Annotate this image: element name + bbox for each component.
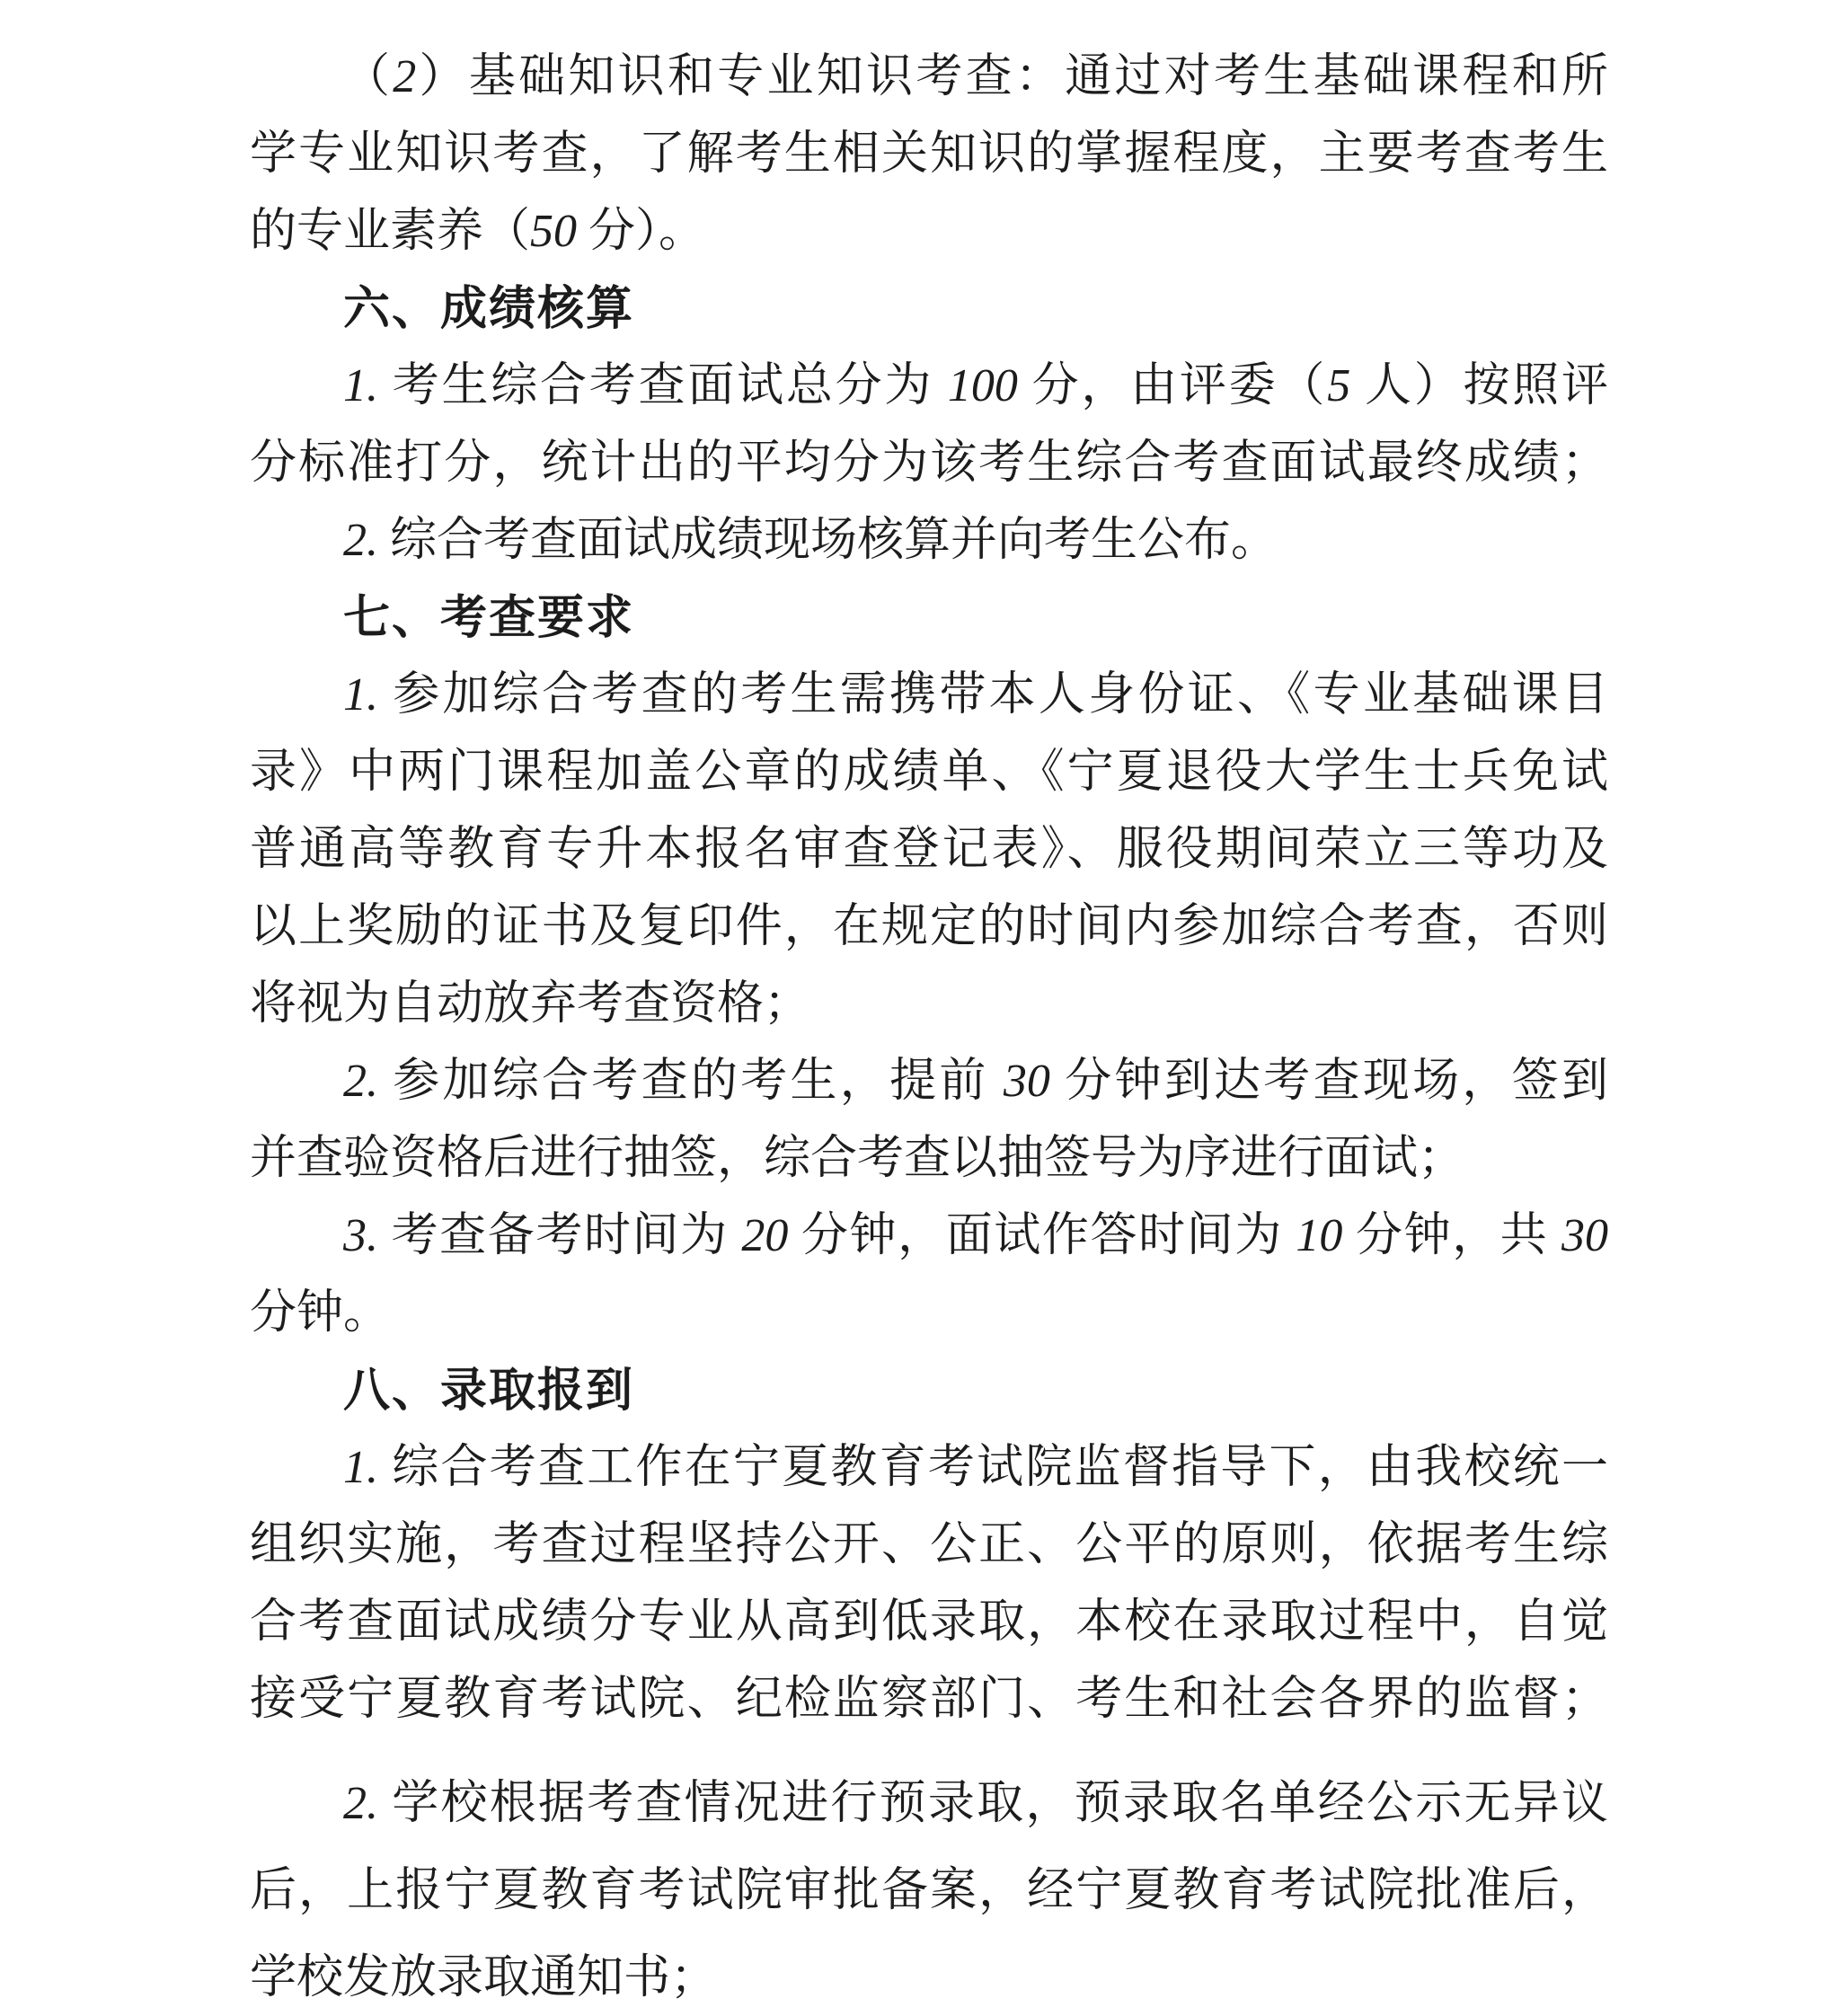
section-heading: 八、录取报到	[250, 1352, 1608, 1429]
document-line: （2）基础知识和专业知识考查：通过对考生基础课程和所	[250, 39, 1608, 116]
document-line: 分钟。	[250, 1275, 1608, 1352]
document-line: 学专业知识考查，了解考生相关知识的掌握程度，主要考查考生	[250, 116, 1608, 193]
document-line: 普通高等教育专升本报名审查登记表》、服役期间荣立三等功及	[250, 811, 1608, 889]
document-line: 将视为自动放弃考查资格；	[250, 966, 1608, 1043]
document-line: 组织实施，考查过程坚持公开、公正、公平的原则，依据考生综	[250, 1507, 1608, 1584]
document-line: 分标准打分，统计出的平均分为该考生综合考查面试最终成绩；	[250, 425, 1608, 502]
document-content: （2）基础知识和专业知识考查：通过对考生基础课程和所学专业知识考查，了解考生相关…	[250, 39, 1608, 2016]
document-line: 2. 综合考查面试成绩现场核算并向考生公布。	[250, 502, 1608, 579]
document-line: 1. 综合考查工作在宁夏教育考试院监督指导下，由我校统一	[250, 1429, 1608, 1507]
document-line: 学校发放录取通知书；	[250, 1934, 1608, 2016]
document-line: 1. 参加综合考查的考生需携带本人身份证、《专业基础课目	[250, 657, 1608, 734]
document-line: 接受宁夏教育考试院、纪检监察部门、考生和社会各界的监督；	[250, 1661, 1608, 1738]
document-line: 录》中两门课程加盖公章的成绩单、《宁夏退役大学生士兵免试	[250, 734, 1608, 811]
document-line: 合考查面试成绩分专业从高到低录取，本校在录取过程中，自觉	[250, 1584, 1608, 1661]
document-line: 并查验资格后进行抽签，综合考查以抽签号为序进行面试；	[250, 1120, 1608, 1198]
document-line: 后，上报宁夏教育考试院审批备案，经宁夏教育考试院批准后，	[250, 1847, 1608, 1934]
document-line: 3. 考查备考时间为 20 分钟，面试作答时间为 10 分钟，共 30	[250, 1198, 1608, 1275]
document-line: 1. 考生综合考查面试总分为 100 分，由评委（5 人）按照评	[250, 348, 1608, 425]
section-heading: 六、成绩核算	[250, 270, 1608, 348]
document-line: 2. 参加综合考查的考生，提前 30 分钟到达考查现场，签到	[250, 1043, 1608, 1120]
document-line: 的专业素养（50 分）。	[250, 193, 1608, 270]
document-line: 2. 学校根据考查情况进行预录取，预录取名单经公示无异议	[250, 1760, 1608, 1847]
document-line: 以上奖励的证书及复印件，在规定的时间内参加综合考查，否则	[250, 889, 1608, 966]
section-heading: 七、考查要求	[250, 579, 1608, 657]
document-page: （2）基础知识和专业知识考查：通过对考生基础课程和所学专业知识考查，了解考生相关…	[0, 0, 1840, 2016]
